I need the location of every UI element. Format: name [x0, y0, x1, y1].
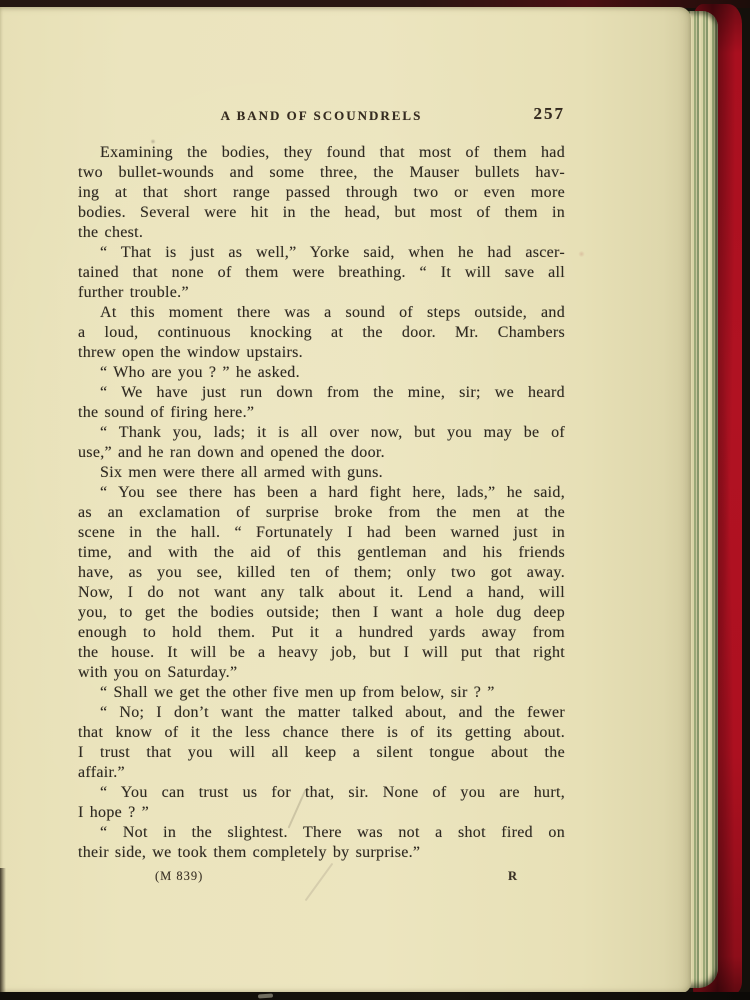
page-number: 257 [534, 104, 566, 124]
text-line: I hope ? ” [78, 803, 565, 823]
paragraph: “ Not in the slightest. There was not a … [78, 823, 565, 863]
text-line: “ We have just run down from the mine, s… [78, 383, 565, 403]
text-line: “ Not in the slightest. There was not a … [78, 823, 565, 843]
text-line: “ That is just as well,” Yorke said, whe… [78, 243, 565, 263]
paper-smudge [150, 139, 156, 144]
text-line: their side, we took them completely by s… [78, 843, 565, 863]
text-line: time, and with the aid of this gentleman… [78, 543, 565, 563]
text-line: further trouble.” [78, 283, 565, 303]
paragraph: Six men were there all armed with guns. [78, 463, 565, 483]
text-line: have, as you see, killed ten of them; on… [78, 563, 565, 583]
book-scan: A BAND OF SCOUNDRELS 257 Examining the b… [0, 0, 750, 1000]
printer-mark: (M 839) [155, 869, 203, 884]
paragraph: “ Who are you ? ” he asked. [78, 363, 565, 383]
text-line: Examining the bodies, they found that mo… [78, 143, 565, 163]
book-cover-bottom-edge [0, 992, 750, 1000]
paper-fox-spot [578, 251, 585, 257]
page-glint [258, 993, 273, 998]
text-line: a loud, continuous knocking at the door.… [78, 323, 565, 343]
text-line: the sound of firing here.” [78, 403, 565, 423]
text-line: Six men were there all armed with guns. [78, 463, 565, 483]
signature-mark: R [508, 869, 518, 884]
text-line: tained that none of them were breathing.… [78, 263, 565, 283]
text-line: you, to get the bodies outside; then I w… [78, 603, 565, 623]
paragraph: “ That is just as well,” Yorke said, whe… [78, 243, 565, 303]
text-line: “ Shall we get the other five men up fro… [78, 683, 565, 703]
text-line: ing at that short range passed through t… [78, 183, 565, 203]
paragraph: Examining the bodies, they found that mo… [78, 143, 565, 243]
text-line: the chest. [78, 223, 565, 243]
text-line: as an exclamation of surprise broke from… [78, 503, 565, 523]
paragraph: “ No; I don’t want the matter talked abo… [78, 703, 565, 783]
text-line: bodies. Several were hit in the head, bu… [78, 203, 565, 223]
text-line: enough to hold them. Put it a hundred ya… [78, 623, 565, 643]
paragraph: “ You can trust us for that, sir. None o… [78, 783, 565, 823]
text-line: “ You see there has been a hard fight he… [78, 483, 565, 503]
running-title: A BAND OF SCOUNDRELS [221, 108, 423, 123]
text-line: the house. It will be a heavy job, but I… [78, 643, 565, 663]
text-line: “ No; I don’t want the matter talked abo… [78, 703, 565, 723]
text-line: scene in the hall. “ Fortunately I had b… [78, 523, 565, 543]
gutter-shadow [0, 868, 6, 994]
page-header: A BAND OF SCOUNDRELS 257 [78, 107, 565, 125]
text-line: Now, I do not want any talk about it. Le… [78, 583, 565, 603]
paragraph: “ You see there has been a hard fight he… [78, 483, 565, 683]
text-line: affair.” [78, 763, 565, 783]
text-line: threw open the window upstairs. [78, 343, 565, 363]
paragraph: “ Shall we get the other five men up fro… [78, 683, 565, 703]
text-line: “ Who are you ? ” he asked. [78, 363, 565, 383]
paragraph: At this moment there was a sound of step… [78, 303, 565, 363]
text-line: At this moment there was a sound of step… [78, 303, 565, 323]
text-line: use,” and he ran down and opened the doo… [78, 443, 565, 463]
text-line: with you on Saturday.” [78, 663, 565, 683]
text-line: “ Thank you, lads; it is all over now, b… [78, 423, 565, 443]
paragraph: “ Thank you, lads; it is all over now, b… [78, 423, 565, 463]
text-line: that know of it the less chance there is… [78, 723, 565, 743]
text-line: two bullet-wounds and some three, the Ma… [78, 163, 565, 183]
book-page: A BAND OF SCOUNDRELS 257 Examining the b… [0, 7, 691, 993]
page-body: Examining the bodies, they found that mo… [78, 143, 565, 863]
paragraph: “ We have just run down from the mine, s… [78, 383, 565, 423]
text-line: I trust that you will all keep a silent … [78, 743, 565, 763]
text-line: “ You can trust us for that, sir. None o… [78, 783, 565, 803]
